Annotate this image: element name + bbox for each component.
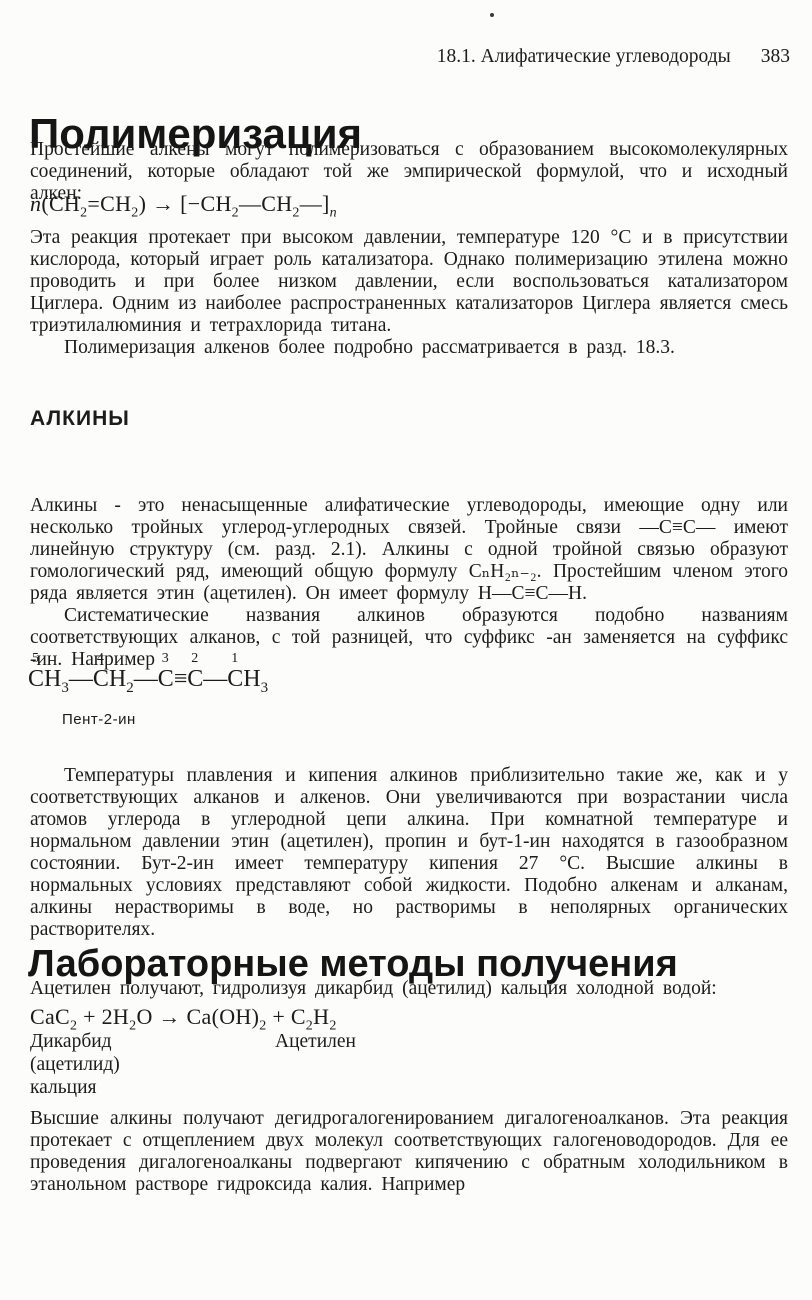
alkynes-heading: АЛКИНЫ xyxy=(30,407,130,431)
pent-2-yne-structure: 5CH3—4CH2—3C≡2C—1CH3 Пент-2-ин xyxy=(28,650,268,728)
reactant-label-line: кальция xyxy=(30,1076,530,1099)
polymerization-note-paragraph: Полимеризация алкенов более подробно рас… xyxy=(30,337,788,359)
carbon-number: 1 xyxy=(231,651,238,667)
reactant-label-line: (ацетилид) xyxy=(30,1053,530,1076)
product-label: Ацетилен xyxy=(275,1030,356,1053)
higher-alkynes-paragraph: Высшие алкины получают дегидрогалогениро… xyxy=(30,1108,788,1196)
polymerization-reaction-formula: n(CH2=CH2) → [−CH2—CH2—]n xyxy=(30,191,337,221)
alkynes-definition-paragraph: Алкины - это ненасыщенные алифатические … xyxy=(30,495,788,605)
book-page: 18.1. Алифатические углеводороды 383 Пол… xyxy=(0,0,812,1300)
single-bond: — xyxy=(203,666,227,693)
carbon-number: 3 xyxy=(162,651,169,667)
page-number: 383 xyxy=(761,46,790,68)
polymerization-body-block: Эта реакция протекает при высоком давлен… xyxy=(30,227,788,359)
carbon-number: 4 xyxy=(97,651,104,667)
lab-methods-intro-paragraph: Ацетилен получают, гидролизуя дикарбид (… xyxy=(30,978,788,1000)
scan-dot-artifact xyxy=(490,13,494,17)
polymerization-body-paragraph: Эта реакция протекает при высоком давлен… xyxy=(30,227,788,337)
single-bond: — xyxy=(69,666,93,693)
pent-2-yne-formula: 5CH3—4CH2—3C≡2C—1CH3 xyxy=(28,666,268,697)
carbon-number: 5 xyxy=(32,651,39,667)
alkynes-properties-paragraph: Температуры плавления и кипения алкинов … xyxy=(30,765,788,941)
page-header: 18.1. Алифатические углеводороды 383 xyxy=(0,46,790,68)
carbon-number: 2 xyxy=(191,651,198,667)
triple-bond: ≡ xyxy=(174,666,188,693)
structure-caption: Пент-2-ин xyxy=(62,711,268,728)
equation-labels: Дикарбид Ацетилен (ацетилид) кальция xyxy=(30,1030,530,1099)
alkynes-text-block: Алкины - это ненасыщенные алифатические … xyxy=(30,495,788,671)
single-bond: — xyxy=(134,666,158,693)
running-section-title: 18.1. Алифатические углеводороды xyxy=(437,46,731,68)
